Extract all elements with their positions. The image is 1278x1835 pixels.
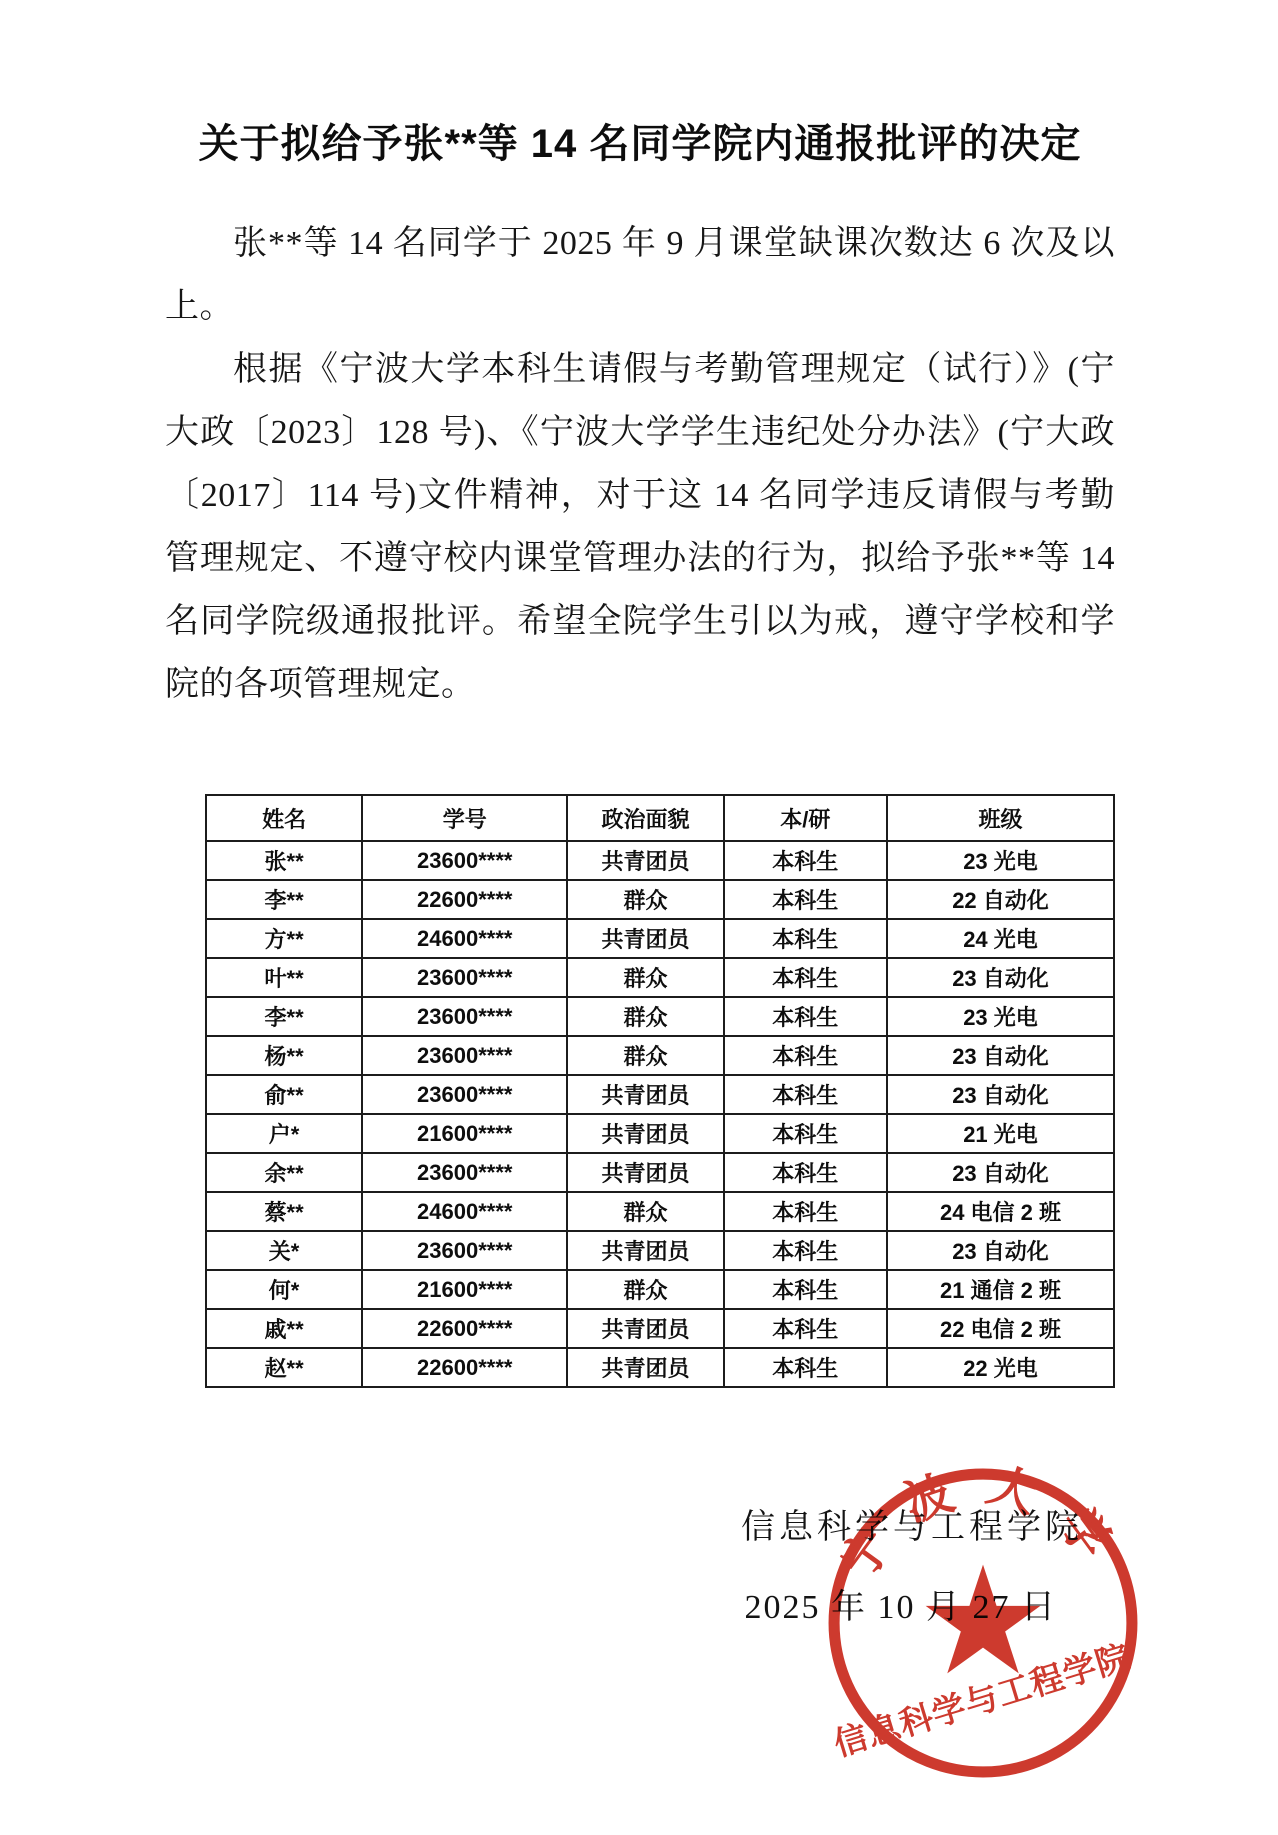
table-row: 何*21600****群众本科生21 通信 2 班	[206, 1270, 1114, 1309]
table-cell: 群众	[567, 1270, 723, 1309]
table-cell: 共青团员	[567, 919, 723, 958]
table-cell: 方**	[206, 919, 362, 958]
signature-org: 信息科学与工程学院	[165, 1488, 1115, 1568]
table-row: 张**23600****共青团员本科生23 光电	[206, 841, 1114, 880]
table-header-cell: 本/研	[724, 795, 887, 841]
table-cell: 本科生	[724, 1075, 887, 1114]
table-cell: 23 光电	[887, 997, 1114, 1036]
table-cell: 24 光电	[887, 919, 1114, 958]
table-cell: 余**	[206, 1153, 362, 1192]
table-row: 蔡**24600****群众本科生24 电信 2 班	[206, 1192, 1114, 1231]
table-row: 李**22600****群众本科生22 自动化	[206, 880, 1114, 919]
table-cell: 户*	[206, 1114, 362, 1153]
table-cell: 群众	[567, 880, 723, 919]
table-cell: 本科生	[724, 1114, 887, 1153]
table-header-cell: 政治面貌	[567, 795, 723, 841]
table-cell: 23600****	[362, 1075, 567, 1114]
page-title: 关于拟给予张**等 14 名同学院内通报批评的决定	[165, 118, 1115, 170]
table-row: 杨**23600****群众本科生23 自动化	[206, 1036, 1114, 1075]
table-cell: 24 电信 2 班	[887, 1192, 1114, 1231]
table-cell: 群众	[567, 1192, 723, 1231]
table-cell: 共青团员	[567, 1075, 723, 1114]
table-row: 余**23600****共青团员本科生23 自动化	[206, 1153, 1114, 1192]
table-cell: 张**	[206, 841, 362, 880]
table-cell: 本科生	[724, 1036, 887, 1075]
table-row: 俞**23600****共青团员本科生23 自动化	[206, 1075, 1114, 1114]
table-cell: 共青团员	[567, 1114, 723, 1153]
table-cell: 赵**	[206, 1348, 362, 1387]
table-cell: 23 自动化	[887, 1153, 1114, 1192]
table-cell: 23 光电	[887, 841, 1114, 880]
table-cell: 本科生	[724, 1348, 887, 1387]
paragraph-decision: 根据《宁波大学本科生请假与考勤管理规定（试行）》(宁大政〔2023〕128 号)…	[165, 338, 1115, 716]
table-cell: 22600****	[362, 880, 567, 919]
table-cell: 23600****	[362, 841, 567, 880]
table-header-cell: 姓名	[206, 795, 362, 841]
table-cell: 24600****	[362, 919, 567, 958]
table-cell: 本科生	[724, 1153, 887, 1192]
seal-college-text: 信息科学与工程学院	[829, 1638, 1134, 1764]
table-cell: 23600****	[362, 1036, 567, 1075]
table-cell: 何*	[206, 1270, 362, 1309]
table-cell: 群众	[567, 1036, 723, 1075]
table-cell: 23600****	[362, 958, 567, 997]
table-cell: 蔡**	[206, 1192, 362, 1231]
table-cell: 本科生	[724, 841, 887, 880]
table-cell: 戚**	[206, 1309, 362, 1348]
table-cell: 23 自动化	[887, 1231, 1114, 1270]
table-cell: 21600****	[362, 1270, 567, 1309]
table-cell: 22600****	[362, 1309, 567, 1348]
signature-date: 2025 年 10 月 27 日	[165, 1568, 1115, 1648]
table-header-cell: 班级	[887, 795, 1114, 841]
table-cell: 24600****	[362, 1192, 567, 1231]
students-table: 姓名学号政治面貌本/研班级 张**23600****共青团员本科生23 光电李*…	[205, 794, 1115, 1388]
table-cell: 23 自动化	[887, 1036, 1114, 1075]
table-cell: 共青团员	[567, 841, 723, 880]
table-cell: 本科生	[724, 1192, 887, 1231]
table-cell: 群众	[567, 958, 723, 997]
table-cell: 共青团员	[567, 1309, 723, 1348]
table-cell: 李**	[206, 997, 362, 1036]
table-row: 户*21600****共青团员本科生21 光电	[206, 1114, 1114, 1153]
table-cell: 共青团员	[567, 1348, 723, 1387]
table-cell: 叶**	[206, 958, 362, 997]
table-cell: 23600****	[362, 1153, 567, 1192]
table-cell: 23 自动化	[887, 1075, 1114, 1114]
table-cell: 本科生	[724, 997, 887, 1036]
table-cell: 俞**	[206, 1075, 362, 1114]
signature-block: 信息科学与工程学院 2025 年 10 月 27 日	[165, 1488, 1115, 1648]
paragraph-intro: 张**等 14 名同学于 2025 年 9 月课堂缺课次数达 6 次及以上。	[165, 212, 1115, 338]
table-cell: 杨**	[206, 1036, 362, 1075]
table-cell: 22 自动化	[887, 880, 1114, 919]
table-row: 关*23600****共青团员本科生23 自动化	[206, 1231, 1114, 1270]
table-cell: 本科生	[724, 919, 887, 958]
table-cell: 21600****	[362, 1114, 567, 1153]
table-cell: 22 光电	[887, 1348, 1114, 1387]
table-cell: 本科生	[724, 1309, 887, 1348]
table-cell: 共青团员	[567, 1153, 723, 1192]
table-cell: 21 通信 2 班	[887, 1270, 1114, 1309]
table-cell: 22 电信 2 班	[887, 1309, 1114, 1348]
table-row: 戚**22600****共青团员本科生22 电信 2 班	[206, 1309, 1114, 1348]
table-cell: 23600****	[362, 1231, 567, 1270]
table-cell: 本科生	[724, 1231, 887, 1270]
table-cell: 李**	[206, 880, 362, 919]
table-header-row: 姓名学号政治面貌本/研班级	[206, 795, 1114, 841]
table-cell: 群众	[567, 997, 723, 1036]
table-header-cell: 学号	[362, 795, 567, 841]
table-cell: 23 自动化	[887, 958, 1114, 997]
table-cell: 本科生	[724, 880, 887, 919]
table-cell: 本科生	[724, 1270, 887, 1309]
table-cell: 关*	[206, 1231, 362, 1270]
table-cell: 本科生	[724, 958, 887, 997]
table-row: 赵**22600****共青团员本科生22 光电	[206, 1348, 1114, 1387]
table-cell: 21 光电	[887, 1114, 1114, 1153]
table-row: 方**24600****共青团员本科生24 光电	[206, 919, 1114, 958]
table-row: 李**23600****群众本科生23 光电	[206, 997, 1114, 1036]
table-cell: 23600****	[362, 997, 567, 1036]
table-cell: 22600****	[362, 1348, 567, 1387]
table-cell: 共青团员	[567, 1231, 723, 1270]
document-body: 关于拟给予张**等 14 名同学院内通报批评的决定 张**等 14 名同学于 2…	[165, 118, 1115, 1648]
document-page: 关于拟给予张**等 14 名同学院内通报批评的决定 张**等 14 名同学于 2…	[0, 0, 1278, 1835]
table-row: 叶**23600****群众本科生23 自动化	[206, 958, 1114, 997]
